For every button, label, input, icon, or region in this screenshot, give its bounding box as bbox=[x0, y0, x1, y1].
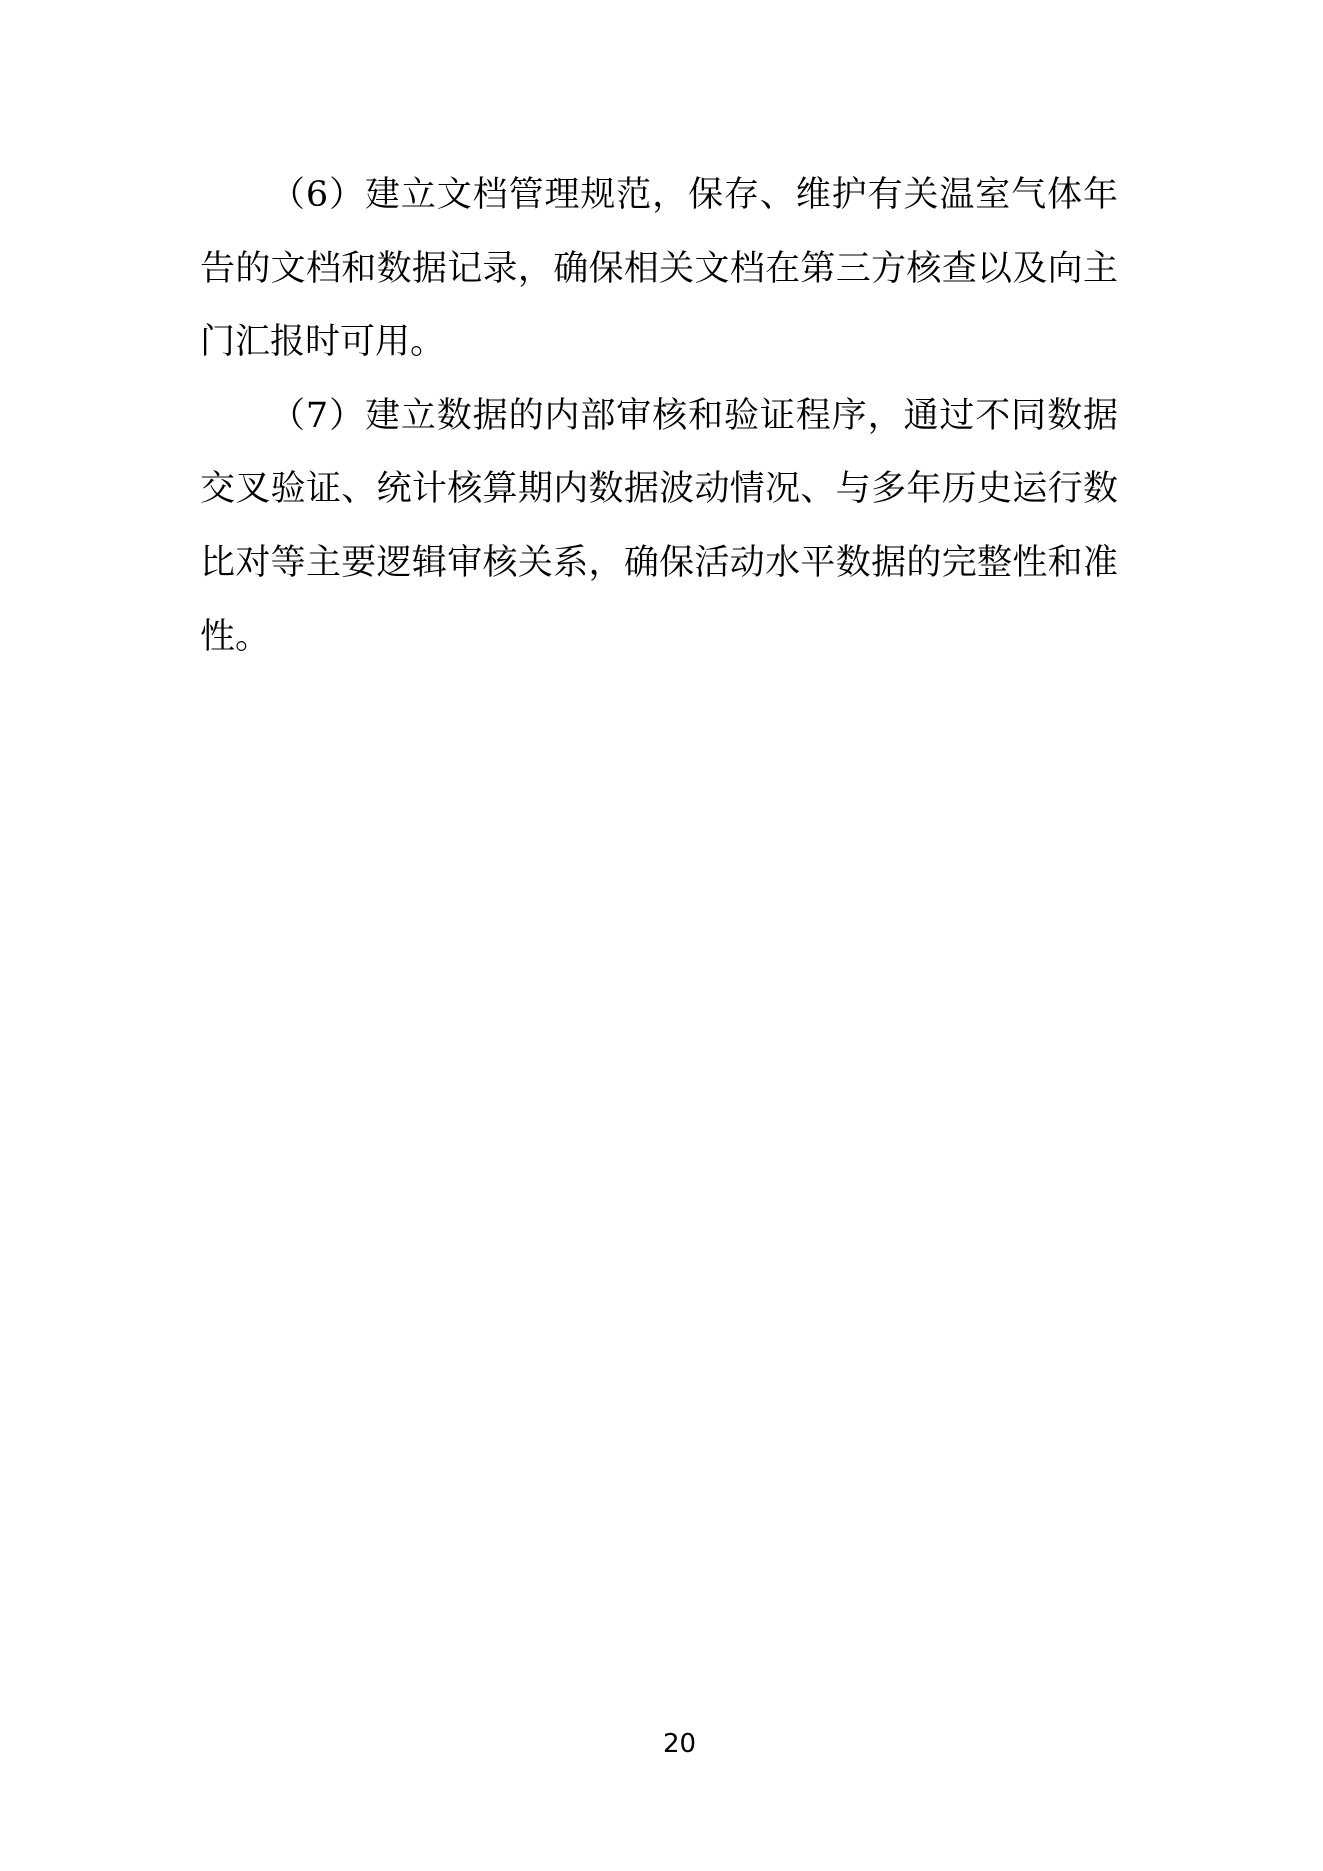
page-number: 20 bbox=[0, 1729, 1323, 1759]
text-line: 告的文档和数据记录，确保相关文档在第三方核查以及向主管部 bbox=[200, 233, 1118, 307]
paragraph-item-6: （6）建立文档管理规范，保存、维护有关温室气体年度报 告的文档和数据记录，确保相… bbox=[200, 159, 1118, 380]
document-page: （6）建立文档管理规范，保存、维护有关温室气体年度报 告的文档和数据记录，确保相… bbox=[0, 0, 1323, 1871]
body-text: （6）建立文档管理规范，保存、维护有关温室气体年度报 告的文档和数据记录，确保相… bbox=[200, 159, 1118, 674]
text-line: 门汇报时可用。 bbox=[200, 306, 1118, 380]
text-line: 性。 bbox=[200, 601, 1118, 675]
paragraph-item-7: （7）建立数据的内部审核和验证程序，通过不同数据源的 交叉验证、统计核算期内数据… bbox=[200, 380, 1118, 674]
text-line: 交叉验证、统计核算期内数据波动情况、与多年历史运行数据的 bbox=[200, 453, 1118, 527]
text-line: （7）建立数据的内部审核和验证程序，通过不同数据源的 bbox=[200, 380, 1118, 454]
text-line: （6）建立文档管理规范，保存、维护有关温室气体年度报 bbox=[200, 159, 1118, 233]
text-line: 比对等主要逻辑审核关系，确保活动水平数据的完整性和准确 bbox=[200, 527, 1118, 601]
